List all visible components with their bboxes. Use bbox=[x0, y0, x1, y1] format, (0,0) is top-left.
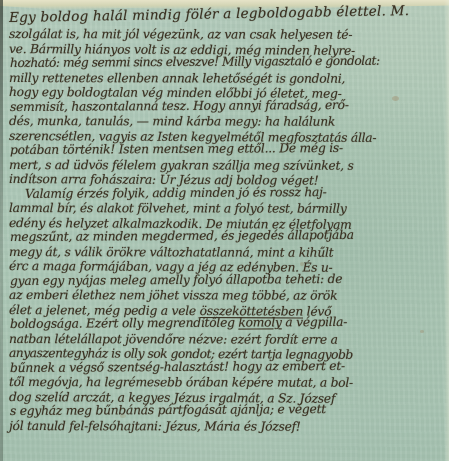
paper-left-edge-shadow bbox=[0, 0, 3, 461]
line-text: s egyház meg bűnbánás pártfogását ajánlj… bbox=[10, 402, 326, 418]
line-text: boldogsága. Ezért olly megrendítőleg bbox=[10, 316, 238, 331]
manuscript-line: szolgálat is, ha mit jól végezünk, az va… bbox=[9, 27, 445, 42]
manuscript-line: jól tanuld fel-felsóhajtani: Jézus, Mári… bbox=[9, 419, 445, 434]
manuscript-line: lammal bír, és alakot fölvehet, mint a f… bbox=[9, 201, 445, 216]
manuscript-line: natban lételállapot jövendőre nézve: ezé… bbox=[9, 332, 445, 347]
manuscript-line: megszűnt, az minden megdermed, és jegedé… bbox=[10, 227, 446, 244]
manuscript-line: az emberi élethez nem jöhet vissza meg t… bbox=[9, 288, 445, 303]
line-text: natban lételállapot jövendőre nézve: ezé… bbox=[9, 332, 338, 347]
line-text: megy át, s válik örökre változhatatlanná… bbox=[9, 245, 333, 260]
manuscript-line: től megóvja, ha legrémesebb órában képér… bbox=[9, 375, 445, 390]
manuscript-line: potában történik! Isten mentsen meg ettő… bbox=[10, 140, 446, 157]
manuscript-line: mert, s ad üdvös félelem gyakran szállja… bbox=[9, 158, 445, 173]
line-text: től megóvja, ha legrémesebb órában képér… bbox=[9, 375, 353, 390]
line-text: lammal bír, és alakot fölvehet, mint a f… bbox=[9, 201, 347, 216]
manuscript-page: Egy boldog halál mindig fölér a legboldo… bbox=[0, 0, 449, 461]
line-text: az emberi élethez nem jöhet vissza meg t… bbox=[9, 288, 337, 303]
line-text: semmisít, haszontalanná tesz. Hogy annyi… bbox=[10, 97, 349, 113]
manuscript-line: s egyház meg bűnbánás pártfogását ajánlj… bbox=[10, 401, 446, 418]
line-text: Valamíg érzés folyik, addig minden jó és… bbox=[25, 185, 327, 201]
line-text: szolgálat is, ha mit jól végezünk, az va… bbox=[9, 27, 352, 42]
line-text: megszűnt, az minden megdermed, és jegedé… bbox=[10, 228, 354, 244]
manuscript-line: dés, munka, tanulás, — mind kárba megy: … bbox=[9, 114, 445, 129]
line-text: gyan egy nyájas meleg amelly folyó állap… bbox=[10, 271, 342, 287]
handwritten-text-block: Egy boldog halál mindig fölér a legboldo… bbox=[9, 9, 445, 433]
manuscript-line: Valamíg érzés folyik, addig minden jó és… bbox=[10, 184, 446, 201]
line-text: mert, s ad üdvös félelem gyakran szállja… bbox=[9, 158, 354, 173]
manuscript-line: hozható: még semmi sincs elveszve! Milly… bbox=[10, 53, 446, 70]
line-text: milly rettenetes ellenben annak lehetősé… bbox=[9, 71, 345, 86]
manuscript-line: milly rettenetes ellenben annak lehetősé… bbox=[9, 71, 445, 86]
underlined-word: komoly bbox=[238, 315, 281, 329]
line-text: bűnnek a végső szentség-halasztást! hogy… bbox=[10, 358, 345, 374]
manuscript-line: boldogsága. Ezért olly megrendítőleg kom… bbox=[10, 314, 446, 331]
line-text: a végpilla- bbox=[282, 315, 347, 329]
line-text: hozható: még semmi sincs elveszve! Milly… bbox=[10, 54, 380, 70]
line-text: dés, munka, tanulás, — mind kárba megy: … bbox=[9, 114, 335, 129]
line-text: potában történik! Isten mentsen meg ettő… bbox=[10, 141, 343, 157]
manuscript-line: gyan egy nyájas meleg amelly folyó állap… bbox=[10, 271, 446, 288]
line-text: jól tanuld fel-felsóhajtani: Jézus, Mári… bbox=[9, 419, 301, 434]
manuscript-line: semmisít, haszontalanná tesz. Hogy annyi… bbox=[10, 97, 446, 114]
manuscript-line: bűnnek a végső szentség-halasztást! hogy… bbox=[10, 358, 446, 375]
manuscript-line: megy át, s válik örökre változhatatlanná… bbox=[9, 245, 445, 260]
